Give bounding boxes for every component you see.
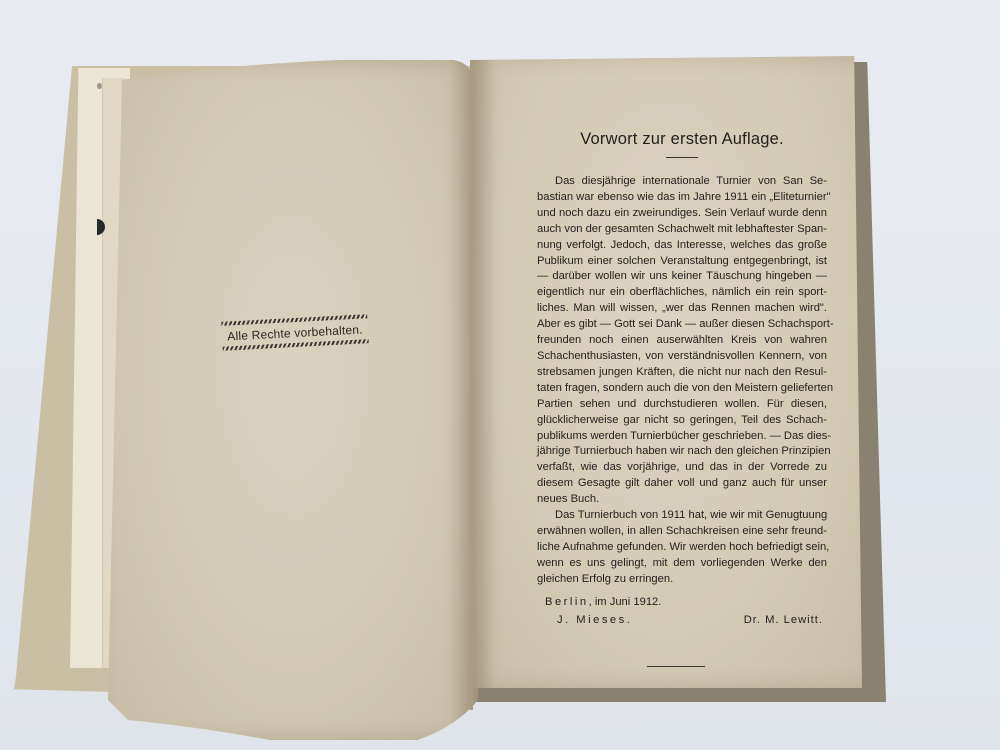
preface: Vorwort zur ersten Auflage. Das diesjähr…: [537, 130, 827, 667]
text-line: Das Turnierbuch von 1911 hat, wie wir mi…: [537, 508, 827, 524]
closing-rule: [647, 666, 705, 667]
text-line: Schachenthusiasten, von verständnisvolle…: [537, 349, 827, 365]
preface-paragraph-1: Das diesjährige internationale Turnier v…: [537, 174, 827, 508]
signatures: J. Mieses. Dr. M. Lewitt.: [557, 614, 823, 626]
text-line: Aber es gibt — Gott sei Dank — außer die…: [537, 317, 827, 333]
place-and-date: Berlin, im Juni 1912.: [545, 596, 827, 608]
date: , im Juni 1912.: [589, 596, 662, 608]
text-line: wenn es uns gelingt, mit dem vorliegende…: [537, 556, 827, 572]
text-line: erwähnen wollen, in allen Schachkreisen …: [537, 524, 827, 540]
title-ornament-rule: [666, 157, 698, 158]
text-line: auch von der gesamten Schachwelt mit leb…: [537, 222, 827, 238]
signature-left: J. Mieses.: [557, 614, 632, 626]
text-line: eigentlich nur ein oberflächliches, näml…: [537, 285, 827, 301]
binding-pin-icon: [97, 83, 102, 89]
text-line: taten fragen, sondern auch die von den M…: [537, 381, 827, 397]
text-line: nung verfolgt. Jedoch, das Interesse, we…: [537, 238, 827, 254]
text-line: liches. Man will wissen, „wer das Rennen…: [537, 301, 827, 317]
book-photo-scene: Alle Rechte vorbehalten. Vorwort zur ers…: [0, 0, 1000, 750]
signature-right: Dr. M. Lewitt.: [744, 614, 823, 626]
text-line: liche Aufnahme gefunden. Wir werden hoch…: [537, 540, 827, 556]
text-line: Partien sehen und durchstudieren wollen.…: [537, 397, 827, 413]
book-gutter: [470, 60, 473, 710]
text-line: glücklicherweise gar nicht so geringen, …: [537, 413, 827, 429]
text-line: bastian war ebenso wie das im Jahre 1911…: [537, 190, 827, 206]
place: Berlin: [545, 596, 589, 608]
text-line: Publikum einer solchen Veranstaltung ent…: [537, 254, 827, 270]
preface-title: Vorwort zur ersten Auflage.: [537, 130, 827, 149]
text-line: strebsamen jungen Kräften, die nicht nur…: [537, 365, 827, 381]
text-line: jährige Turnierbuch haben wir nach den g…: [537, 444, 827, 460]
text-line: diesem Gesagte gilt daher voll und ganz …: [537, 476, 827, 492]
left-page: [108, 60, 478, 740]
text-line: — darüber wollen wir uns keiner Täuschun…: [537, 269, 827, 285]
text-line: neues Buch.: [537, 492, 827, 508]
text-line: freunden noch einen auserwählten Kreis v…: [537, 333, 827, 349]
text-line: verfaßt, wie das vorjährige, und das in …: [537, 460, 827, 476]
text-line: gleichen Erfolg zu erringen.: [537, 572, 827, 588]
text-line: und noch dazu ein zweirundiges. Sein Ver…: [537, 206, 827, 222]
preface-paragraph-2: Das Turnierbuch von 1911 hat, wie wir mi…: [537, 508, 827, 588]
text-line: publikums werden Turnierbücher geschrieb…: [537, 429, 827, 445]
text-line: Das diesjährige internationale Turnier v…: [537, 174, 827, 190]
